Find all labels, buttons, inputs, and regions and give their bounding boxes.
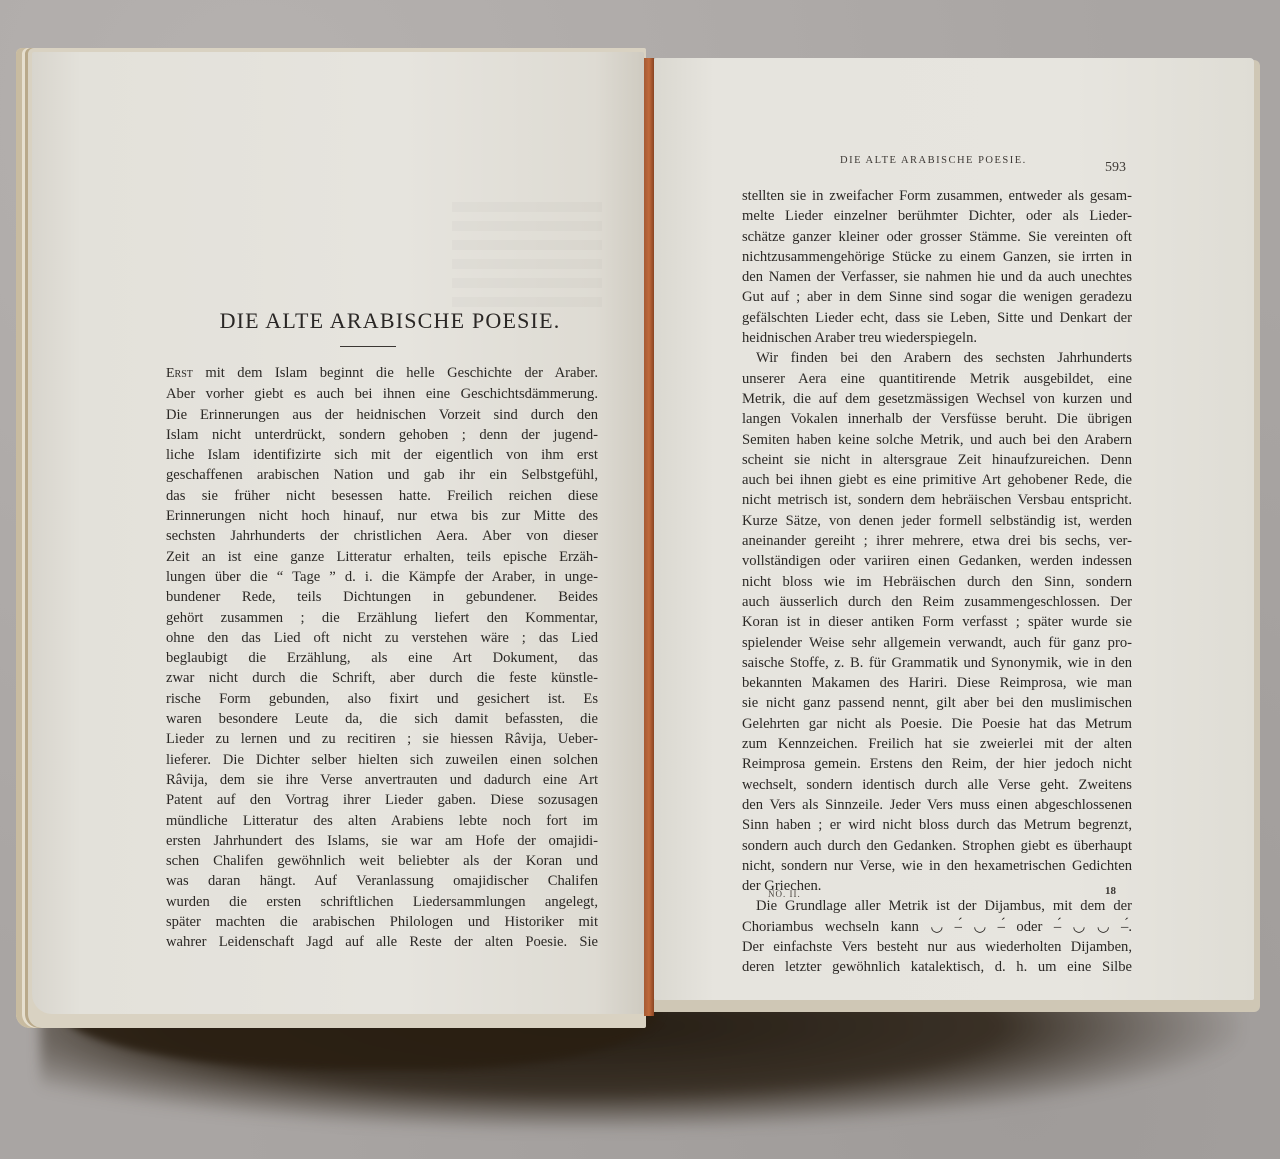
text-line: den Namen der Verfasser, sie nahmen hie … <box>742 267 1132 287</box>
text-line: lieferer. Die Dichter selber hielten sic… <box>166 750 598 770</box>
line-text: bekannten Makamen des Hariri. Diese Reim… <box>742 675 1132 691</box>
line-text: nicht bloss wie im Hebräischen durch den… <box>742 574 1132 590</box>
text-line: sechsten Jahrhunderts der christlichen A… <box>166 526 598 546</box>
text-line: beglaubigt die Erzählung, als eine Art D… <box>166 648 598 668</box>
line-text: mit dem Islam beginnt die helle Geschich… <box>205 365 598 381</box>
line-text: gehört zusammen ; die Erzählung liefert … <box>166 610 598 626</box>
line-text: Aber vorher giebt es auch bei ihnen eine… <box>166 386 598 402</box>
text-line: unserer Aera eine quantitirende Metrik a… <box>742 369 1132 389</box>
line-text: zwar nicht durch die Schrift, aber durch… <box>166 670 598 686</box>
text-line: saische Stoffe, z. B. für Grammatik und … <box>742 653 1132 673</box>
text-line: zwar nicht durch die Schrift, aber durch… <box>166 668 598 688</box>
text-line: Reimprosa gemein. Erstens den Reim, der … <box>742 754 1132 774</box>
text-line: melte Lieder einzelner berühmter Dichter… <box>742 206 1132 226</box>
sheet-number: 18 <box>1105 885 1116 897</box>
text-line: schätze ganzer kleiner oder grosser Stäm… <box>742 227 1132 247</box>
line-text: aneinander gereiht ; ihrer mehrere, etwa… <box>742 533 1132 549</box>
line-text: Wir finden bei den Arabern des sechsten … <box>756 350 1132 366</box>
line-text: den Namen der Verfasser, sie nahmen hie … <box>742 269 1132 285</box>
text-line: heidnischen Araber treu wiederspiegeln. <box>742 328 1132 348</box>
text-line: ohne den das Lied oft nicht zu verstehen… <box>166 628 598 648</box>
text-line: wurden die ersten schriftlichen Liedersa… <box>166 892 598 912</box>
text-line: Aber vorher giebt es auch bei ihnen eine… <box>166 384 598 404</box>
line-text: stellten sie in zweifacher Form zusammen… <box>742 188 1132 204</box>
line-text: heidnischen Araber treu wiederspiegeln. <box>742 330 977 346</box>
line-text: Sinn haben ; er wird nicht bloss durch d… <box>742 817 1132 833</box>
line-text: ohne den das Lied oft nicht zu verstehen… <box>166 630 598 646</box>
ink-show-through <box>452 202 602 312</box>
text-line: sie nicht ganz passend nennt, gilt aber … <box>742 693 1132 713</box>
line-text: sechsten Jahrhunderts der christlichen A… <box>166 528 598 544</box>
line-text: Koran ist in dieser antiken Form verfass… <box>742 614 1132 630</box>
line-text: Kurze Sätze, von denen jeder formell sel… <box>742 513 1132 529</box>
text-line: waren besondere Leute da, die sich damit… <box>166 709 598 729</box>
page-number: 593 <box>1105 160 1126 176</box>
text-line: rische Form gebunden, also fixirt und ge… <box>166 689 598 709</box>
text-line: nicht bloss wie im Hebräischen durch den… <box>742 572 1132 592</box>
text-line: Sinn haben ; er wird nicht bloss durch d… <box>742 815 1132 835</box>
text-line: das sie früher nicht besessen hatte. Fre… <box>166 486 598 506</box>
text-line: gefälschten Lieder echt, dass sie Leben,… <box>742 308 1132 328</box>
line-text: unserer Aera eine quantitirende Metrik a… <box>742 371 1132 387</box>
line-text: bundener Rede, teils Dichtungen in gebun… <box>166 589 598 605</box>
line-text: sie nicht ganz passend nennt, gilt aber … <box>742 695 1132 711</box>
line-text: waren besondere Leute da, die sich damit… <box>166 711 598 727</box>
line-text: auch bei ihnen giebt es eine primitive A… <box>742 472 1132 488</box>
text-line: Die Grundlage aller Metrik ist der Dijam… <box>742 896 1132 916</box>
text-line: nichtzusammengehörige Stücke zu einem Ga… <box>742 247 1132 267</box>
line-text: scheint sie nicht in altersgraue Zeit hi… <box>742 452 1132 468</box>
line-text: nichtzusammengehörige Stücke zu einem Ga… <box>742 249 1132 265</box>
line-text: rische Form gebunden, also fixirt und ge… <box>166 691 598 707</box>
text-line: bundener Rede, teils Dichtungen in gebun… <box>166 587 598 607</box>
text-line: sondern auch durch den Gedanken. Strophe… <box>742 836 1132 856</box>
text-line: mündliche Litteratur des alten Arabiens … <box>166 811 598 831</box>
line-text: sondern auch durch den Gedanken. Strophe… <box>742 838 1132 854</box>
line-text: wechselt, sondern identisch durch alle V… <box>742 777 1132 793</box>
text-line: Erst mit dem Islam beginnt die helle Ges… <box>166 363 598 384</box>
text-line: Erinnerungen nicht hoch hinauf, nur etwa… <box>166 506 598 526</box>
text-line: spielender Weise sehr allgemein verwandt… <box>742 633 1132 653</box>
text-line: Kurze Sätze, von denen jeder formell sel… <box>742 511 1132 531</box>
line-text: den Vers als Sinnzeile. Jeder Vers muss … <box>742 797 1132 813</box>
text-line: Metrik, die auf dem gesetzmässigen Wechs… <box>742 389 1132 409</box>
running-head: DIE ALTE ARABISCHE POESIE. <box>840 155 1027 166</box>
text-line: Choriambus wechseln kann ◡ –́ ◡ –́ oder … <box>742 917 1132 937</box>
line-text: Gelehrten gar nicht als Poesie. Die Poes… <box>742 716 1132 732</box>
text-line: stellten sie in zweifacher Form zusammen… <box>742 186 1132 206</box>
text-line: vollständigen oder variiren einen Gedank… <box>742 551 1132 571</box>
line-text: Erinnerungen nicht hoch hinauf, nur etwa… <box>166 508 598 524</box>
line-text: liche Islam identifizirte sich mit der e… <box>166 447 598 463</box>
line-text: Râvija, dem sie ihre Verse anvertrauten … <box>166 772 598 788</box>
text-line: wechselt, sondern identisch durch alle V… <box>742 775 1132 795</box>
line-text: Gut auf ; aber in dem Sinne sind sogar d… <box>742 289 1132 305</box>
line-text: geschaffenen arabischen Nation und gab i… <box>166 467 598 483</box>
line-text: lungen über die “ Tage ” d. i. die Kämpf… <box>166 569 598 585</box>
text-line: was daran hängt. Auf Veranlassung omajid… <box>166 871 598 891</box>
text-line: auch bei ihnen giebt es eine primitive A… <box>742 470 1132 490</box>
line-text: Reimprosa gemein. Erstens den Reim, der … <box>742 756 1132 772</box>
chapter-title: DIE ALTE ARABISCHE POESIE. <box>160 308 620 334</box>
text-line: später machten die arabischen Philologen… <box>166 912 598 932</box>
line-text: deren letzter gewöhnlich katalektisch, d… <box>742 959 1132 975</box>
line-text: schen Chalifen gewöhnlich weit beliebter… <box>166 853 598 869</box>
text-line: den Vers als Sinnzeile. Jeder Vers muss … <box>742 795 1132 815</box>
text-line: lungen über die “ Tage ” d. i. die Kämpf… <box>166 567 598 587</box>
line-text: das sie früher nicht besessen hatte. Fre… <box>166 488 598 504</box>
text-line: aneinander gereiht ; ihrer mehrere, etwa… <box>742 531 1132 551</box>
text-line: nicht metrisch ist, sondern dem hebräisc… <box>742 490 1132 510</box>
text-line: auch äusserlich durch den Reim zusammeng… <box>742 592 1132 612</box>
text-line: schen Chalifen gewöhnlich weit beliebter… <box>166 851 598 871</box>
line-text: lieferer. Die Dichter selber hielten sic… <box>166 752 598 768</box>
text-line: deren letzter gewöhnlich katalektisch, d… <box>742 957 1132 977</box>
title-rule <box>340 346 396 347</box>
text-line: Râvija, dem sie ihre Verse anvertrauten … <box>166 770 598 790</box>
line-text: Islam nicht unterdrückt, sondern gehoben… <box>166 427 598 443</box>
right-page-body: stellten sie in zweifacher Form zusammen… <box>742 186 1132 978</box>
signature-mark: NO. II. <box>768 889 801 899</box>
text-line: Islam nicht unterdrückt, sondern gehoben… <box>166 425 598 445</box>
line-text: melte Lieder einzelner berühmter Dichter… <box>742 208 1132 224</box>
line-text: wurden die ersten schriftlichen Liedersa… <box>166 894 598 910</box>
line-text: ersten Jahrhundert des Islams, sie war a… <box>166 833 598 849</box>
book-spine <box>644 58 654 1016</box>
text-line: Lieder zu lernen und zu recitiren ; sie … <box>166 729 598 749</box>
text-line: Gut auf ; aber in dem Sinne sind sogar d… <box>742 287 1132 307</box>
line-text: Metrik, die auf dem gesetzmässigen Wechs… <box>742 391 1132 407</box>
opening-word: Erst <box>166 366 193 381</box>
line-text: Zeit an ist eine ganze Litteratur erhalt… <box>166 549 598 565</box>
text-line: wahrer Leidenschaft Jagd auf alle Reste … <box>166 932 598 952</box>
line-text: langen Vokalen innerhalb der Versfüsse b… <box>742 411 1132 427</box>
text-line: Wir finden bei den Arabern des sechsten … <box>742 348 1132 368</box>
line-text: Die Grundlage aller Metrik ist der Dijam… <box>756 898 1132 914</box>
line-text: später machten die arabischen Philologen… <box>166 914 598 930</box>
line-text: Semiten haben keine solche Metrik, und a… <box>742 432 1132 448</box>
line-text: Lieder zu lernen und zu recitiren ; sie … <box>166 731 598 747</box>
line-text: nicht, sondern nur Verse, wie in den hex… <box>742 858 1132 874</box>
text-line: bekannten Makamen des Hariri. Diese Reim… <box>742 673 1132 693</box>
text-line: zum Kennzeichen. Freilich hat sie zweier… <box>742 734 1132 754</box>
line-text: was daran hängt. Auf Veranlassung omajid… <box>166 873 598 889</box>
text-line: Patent auf den Vortrag ihrer Lieder gabe… <box>166 790 598 810</box>
line-text: zum Kennzeichen. Freilich hat sie zweier… <box>742 736 1132 752</box>
line-text: Patent auf den Vortrag ihrer Lieder gabe… <box>166 792 598 808</box>
line-text: Choriambus wechseln kann ◡ –́ ◡ –́ oder … <box>742 919 1132 935</box>
line-text: auch äusserlich durch den Reim zusammeng… <box>742 594 1132 610</box>
left-page-body: Erst mit dem Islam beginnt die helle Ges… <box>166 363 598 953</box>
line-text: gefälschten Lieder echt, dass sie Leben,… <box>742 310 1132 326</box>
text-line: Koran ist in dieser antiken Form verfass… <box>742 612 1132 632</box>
text-line: Semiten haben keine solche Metrik, und a… <box>742 430 1132 450</box>
line-text: Der einfachste Vers besteht nur aus wied… <box>742 939 1132 955</box>
line-text: vollständigen oder variiren einen Gedank… <box>742 553 1132 569</box>
line-text: wahrer Leidenschaft Jagd auf alle Reste … <box>166 934 598 950</box>
text-line: scheint sie nicht in altersgraue Zeit hi… <box>742 450 1132 470</box>
text-line: Die Erinnerungen aus der heidnischen Vor… <box>166 405 598 425</box>
text-line: langen Vokalen innerhalb der Versfüsse b… <box>742 409 1132 429</box>
text-line: Der einfachste Vers besteht nur aus wied… <box>742 937 1132 957</box>
line-text: nicht metrisch ist, sondern dem hebräisc… <box>742 492 1132 508</box>
text-line: geschaffenen arabischen Nation und gab i… <box>166 465 598 485</box>
line-text: saische Stoffe, z. B. für Grammatik und … <box>742 655 1132 671</box>
text-line: liche Islam identifizirte sich mit der e… <box>166 445 598 465</box>
text-line: nicht, sondern nur Verse, wie in den hex… <box>742 856 1132 876</box>
text-line: Gelehrten gar nicht als Poesie. Die Poes… <box>742 714 1132 734</box>
text-line: Zeit an ist eine ganze Litteratur erhalt… <box>166 547 598 567</box>
line-text: mündliche Litteratur des alten Arabiens … <box>166 813 598 829</box>
line-text: beglaubigt die Erzählung, als eine Art D… <box>166 650 598 666</box>
text-line: ersten Jahrhundert des Islams, sie war a… <box>166 831 598 851</box>
line-text: schätze ganzer kleiner oder grosser Stäm… <box>742 229 1132 245</box>
text-line: gehört zusammen ; die Erzählung liefert … <box>166 608 598 628</box>
line-text: spielender Weise sehr allgemein verwandt… <box>742 635 1132 651</box>
line-text: Die Erinnerungen aus der heidnischen Vor… <box>166 407 598 423</box>
